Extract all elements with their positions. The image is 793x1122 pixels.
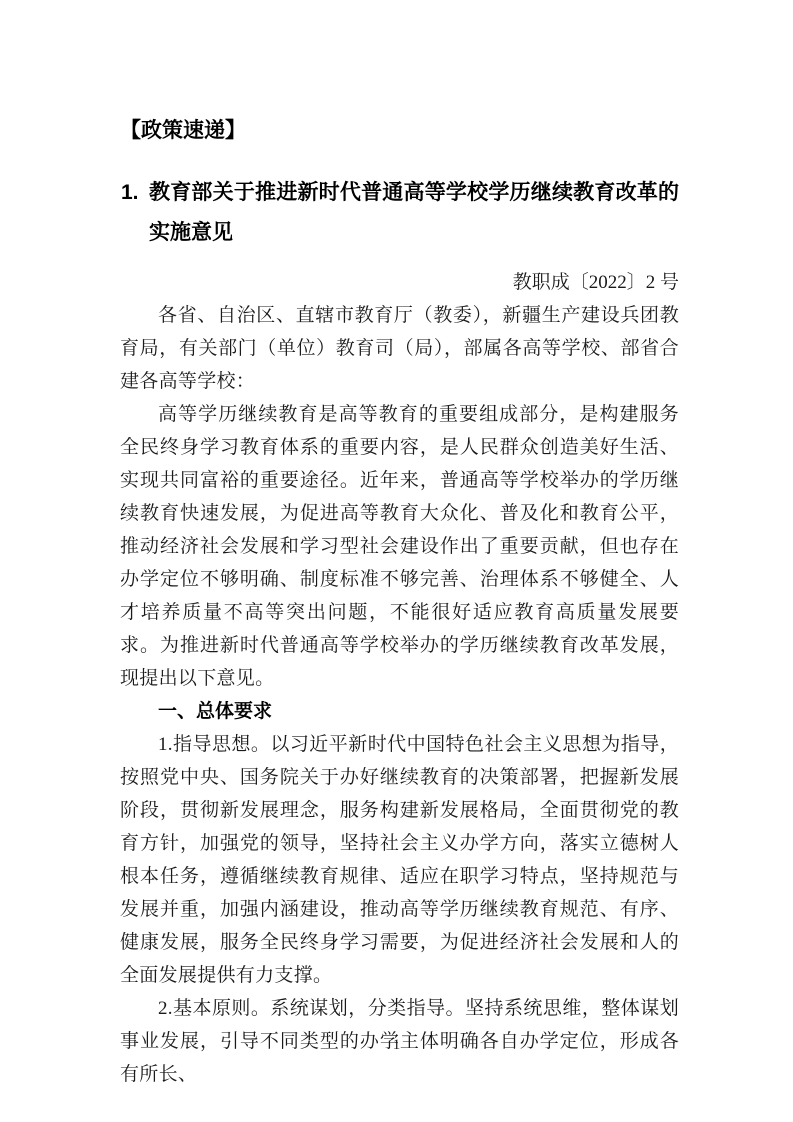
page-number: 1: [0, 1036, 793, 1054]
paragraph-salutation: 各省、自治区、直辖市教育厅（教委），新疆生产建设兵团教育局，有关部门（单位）教育…: [120, 299, 679, 398]
article-number: 1.: [121, 173, 139, 213]
paragraph-intro: 高等学历继续教育是高等教育的重要组成部分，是构建服务全民终身学习教育体系的重要内…: [120, 398, 679, 695]
article-title-text: 教育部关于推进新时代普通高等学校学历继续教育改革的实施意见: [149, 181, 679, 244]
section-heading-general-requirements: 一、总体要求: [120, 695, 679, 728]
column-tag: 【政策速递】: [120, 116, 679, 146]
paragraph-guiding-thought: 1.指导思想。以习近平新时代中国特色社会主义思想为指导，按照党中央、国务院关于办…: [120, 728, 679, 992]
article-title: 1. 教育部关于推进新时代普通高等学校学历继续教育改革的实施意见: [120, 173, 679, 253]
doc-number: 教职成〔2022〕2 号: [120, 266, 679, 299]
document-page: 【政策速递】 1. 教育部关于推进新时代普通高等学校学历继续教育改革的实施意见 …: [0, 0, 793, 1122]
